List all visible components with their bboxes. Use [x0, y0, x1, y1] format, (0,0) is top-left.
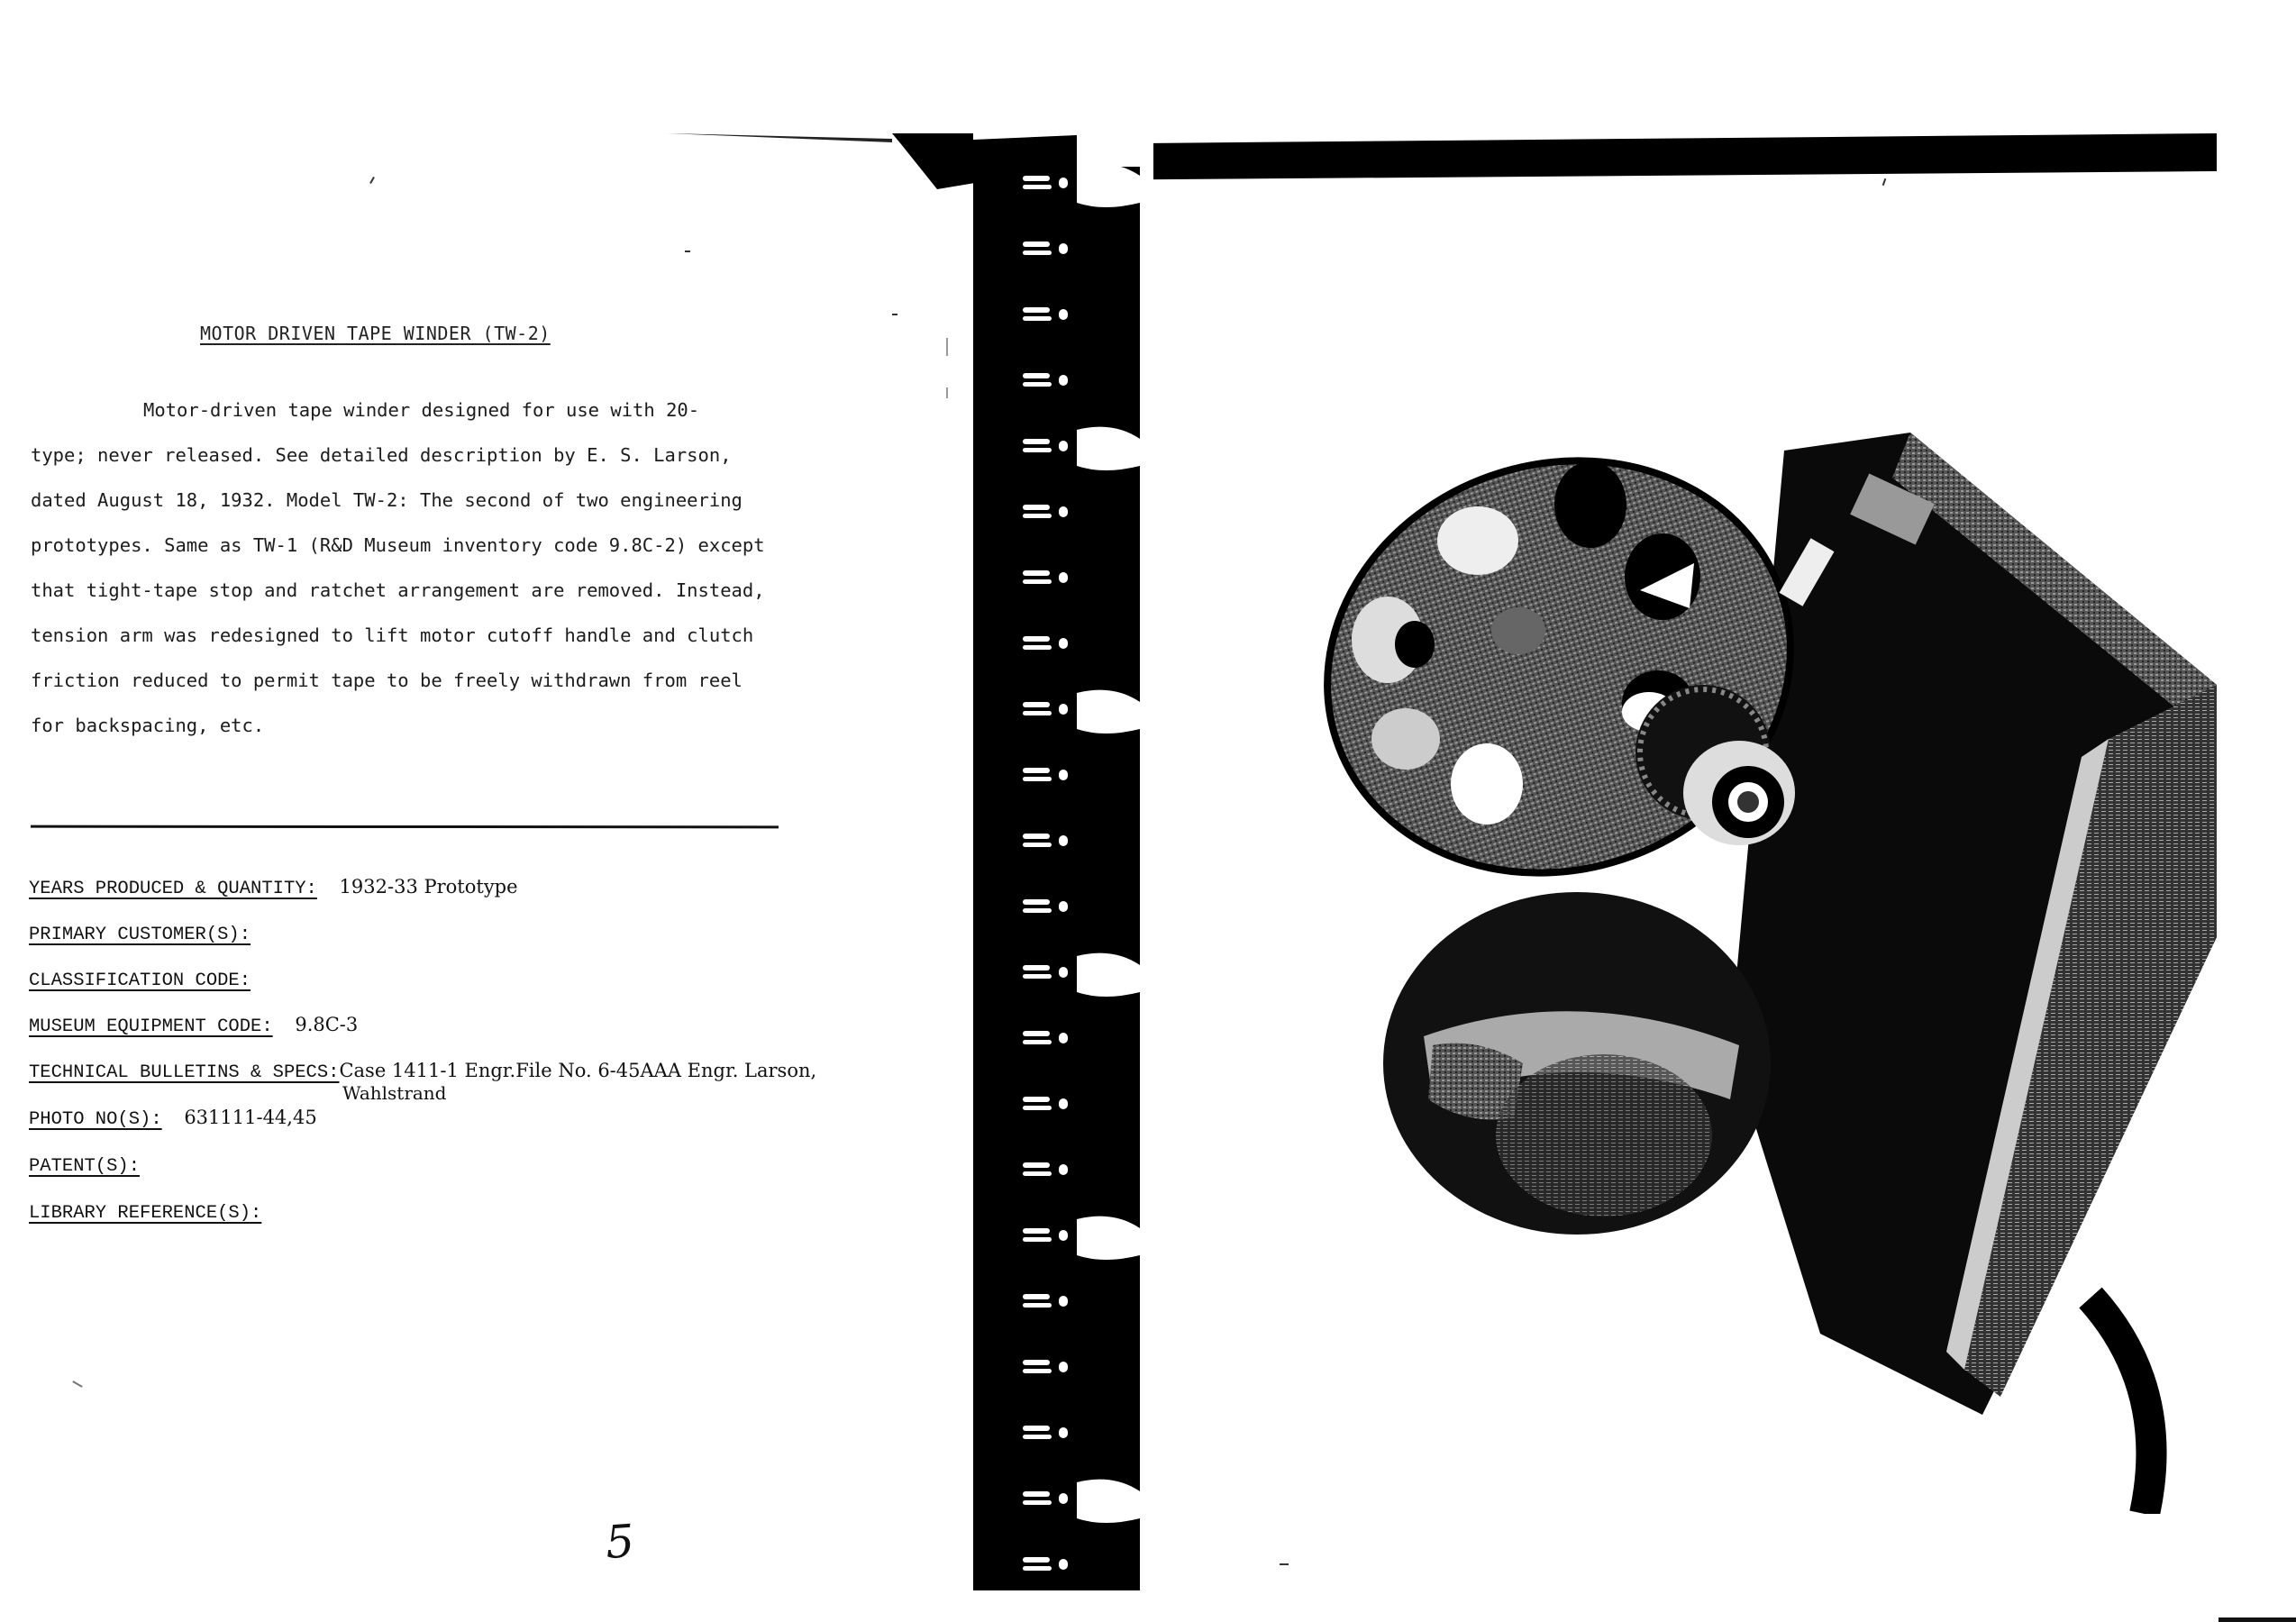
field-label: LIBRARY REFERENCE(S):	[29, 1203, 261, 1224]
field-label: PRIMARY CUSTOMER(S):	[29, 925, 251, 945]
field-value-continued: Wahlstrand	[29, 1083, 816, 1103]
field-value: 631111-44,45	[184, 1107, 316, 1128]
field-label: PATENT(S):	[29, 1156, 140, 1177]
field-value: 9.8C-3	[295, 1014, 358, 1035]
scan-speck	[72, 1381, 82, 1388]
section-divider	[31, 825, 779, 829]
scan-speck	[946, 387, 948, 398]
scan-speck	[892, 314, 897, 315]
field-classification-code: CLASSIFICATION CODE:	[29, 968, 251, 991]
field-technical-bulletins: TECHNICAL BULLETINS & SPECS:Case 1411-1 …	[29, 1060, 816, 1103]
field-museum-equipment-code: MUSEUM EQUIPMENT CODE: 9.8C-3	[29, 1014, 358, 1037]
description-paragraph: Motor-driven tape winder designed for us…	[31, 387, 806, 748]
description-line: dated August 18, 1932. Model TW-2: The s…	[31, 478, 806, 523]
field-years-produced: YEARS PRODUCED & QUANTITY: 1932-33 Proto…	[29, 876, 518, 899]
scan-edge-bar	[667, 126, 2217, 189]
description-line: tension arm was redesigned to lift motor…	[31, 613, 806, 658]
scan-speck	[685, 251, 690, 252]
description-line: that tight-tape stop and ratchet arrange…	[31, 568, 806, 613]
field-label: MUSEUM EQUIPMENT CODE:	[29, 1016, 273, 1037]
field-primary-customer: PRIMARY CUSTOMER(S):	[29, 922, 251, 945]
page-number: 5	[604, 1515, 636, 1569]
scan-edge-corner	[2219, 1617, 2296, 1622]
document-title: MOTOR DRIVEN TAPE WINDER (TW-2)	[200, 323, 551, 344]
scan-speck	[1280, 1563, 1289, 1565]
description-line: Motor-driven tape winder designed for us…	[31, 387, 806, 433]
description-line: friction reduced to permit tape to be fr…	[31, 658, 806, 703]
scan-speck	[369, 177, 375, 184]
field-patents: PATENT(S):	[29, 1153, 140, 1177]
field-label: TECHNICAL BULLETINS & SPECS:	[29, 1062, 339, 1083]
field-value: Case 1411-1 Engr.File No. 6-45AAA Engr. …	[339, 1060, 816, 1081]
machine-photo	[1280, 415, 2253, 1514]
field-label: PHOTO NO(S):	[29, 1109, 162, 1130]
field-label: CLASSIFICATION CODE:	[29, 970, 251, 991]
scan-speck	[946, 338, 948, 356]
field-library-references: LIBRARY REFERENCE(S):	[29, 1200, 261, 1224]
description-line: type; never released. See detailed descr…	[31, 433, 806, 478]
field-label: YEARS PRODUCED & QUANTITY:	[29, 879, 317, 899]
description-line: prototypes. Same as TW-1 (R&D Museum inv…	[31, 523, 806, 568]
field-photo-numbers: PHOTO NO(S): 631111-44,45	[29, 1107, 317, 1130]
field-value: 1932-33 Prototype	[340, 876, 518, 898]
description-line: for backspacing, etc.	[31, 703, 806, 748]
spiral-binding	[973, 131, 1153, 1590]
